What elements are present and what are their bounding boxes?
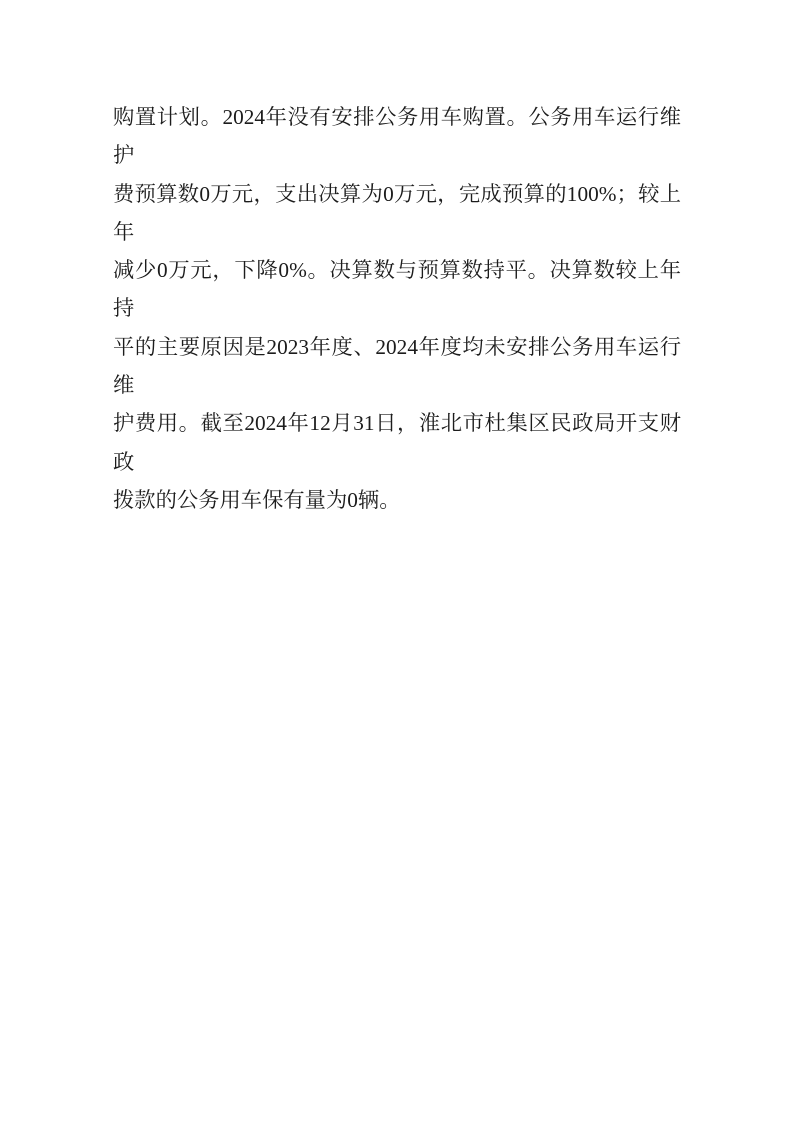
document-page: 购置计划。2024年没有安排公务用车购置。公务用车运行维护 费预算数0万元，支出… (0, 0, 794, 1122)
paragraph-line-4: 平的主要原因是2023年度、2024年度均未安排公务用车运行维 (113, 328, 681, 405)
body-paragraph: 购置计划。2024年没有安排公务用车购置。公务用车运行维护 费预算数0万元，支出… (113, 98, 681, 519)
paragraph-line-6: 拨款的公务用车保有量为0辆。 (113, 481, 681, 519)
paragraph-line-1: 购置计划。2024年没有安排公务用车购置。公务用车运行维护 (113, 98, 681, 175)
paragraph-line-5: 护费用。截至2024年12月31日，淮北市杜集区民政局开支财政 (113, 404, 681, 481)
paragraph-line-3: 减少0万元，下降0%。决算数与预算数持平。决算数较上年持 (113, 251, 681, 328)
paragraph-line-2: 费预算数0万元，支出决算为0万元，完成预算的100%；较上年 (113, 175, 681, 252)
